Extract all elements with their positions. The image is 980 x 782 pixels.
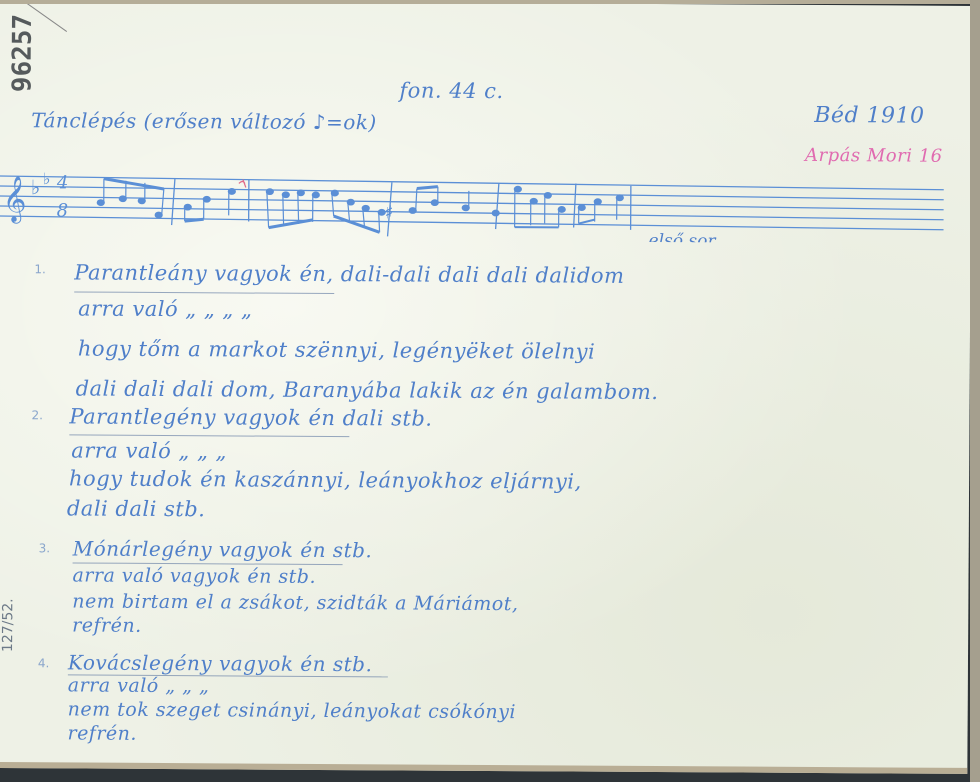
verse-line: hogy tudok én kaszánnyi, leányokhoz eljá…	[69, 466, 582, 493]
song-title: Tánclépés (erősen változó ♪=ok)	[31, 108, 377, 134]
verse-number: 3.	[39, 541, 51, 555]
svg-text:8: 8	[57, 200, 69, 221]
treble-clef-icon: 𝄞	[3, 176, 27, 224]
verse-line: hogy tőm a markot szënnyi, legényëket öl…	[78, 336, 596, 363]
place-year: Béd 1910	[814, 103, 924, 129]
flat-icon: ♭	[43, 169, 51, 188]
margin-note: 127/52.	[0, 598, 16, 652]
breath-mark-icon	[239, 179, 246, 187]
verse-line: arra való „ „ „ „	[78, 296, 252, 321]
sharp-icon: ♯	[385, 202, 394, 223]
underline	[74, 291, 334, 294]
verse-line: nem tok szeget csinányi, leányokat csókó…	[68, 698, 516, 723]
verse-number: 4.	[38, 656, 50, 670]
manuscript-sheet: 96257 fon. 44 c. Tánclépés (erősen válto…	[0, 0, 972, 774]
verse-line: dali dali stb.	[67, 496, 206, 521]
verse-number: 2.	[31, 408, 43, 422]
singer-info: Arpás Mori 16	[805, 145, 943, 167]
catalog-ref: fon. 44 c.	[399, 78, 503, 103]
sheet-right-edge	[970, 0, 980, 782]
staff-caption: első sor.	[648, 231, 719, 244]
verse-line: refrén.	[72, 614, 142, 636]
verse-line: arra való „ „ „	[68, 674, 210, 697]
music-staff: 𝄞 ♭ ♭ 4 8	[0, 168, 944, 244]
verse-line: refrén.	[67, 722, 137, 744]
verse-line: arra való „ „ „	[71, 438, 227, 463]
verse-line: nem birtam el a zsákot, szidták a Máriám…	[72, 590, 518, 615]
sheet-top-edge	[0, 0, 980, 4]
verse-line: Parantleány vagyok én, dali-dali dali da…	[74, 260, 624, 287]
archive-stamp: 96257	[7, 14, 37, 92]
verse-line: arra való vagyok én stb.	[72, 564, 316, 587]
verse-number: 1.	[34, 262, 46, 276]
underline	[69, 434, 349, 437]
verse-line: Mónárlegény vagyok én stb.	[73, 536, 373, 562]
verse-line: Kovácslegény vagyok én stb.	[68, 650, 373, 676]
flat-icon: ♭	[31, 175, 41, 199]
verse-line: dali dali dali dom, Baranyába lakik az é…	[76, 376, 659, 404]
verse-line: Parantlegény vagyok én dali stb.	[69, 404, 432, 430]
svg-text:4: 4	[56, 172, 69, 193]
